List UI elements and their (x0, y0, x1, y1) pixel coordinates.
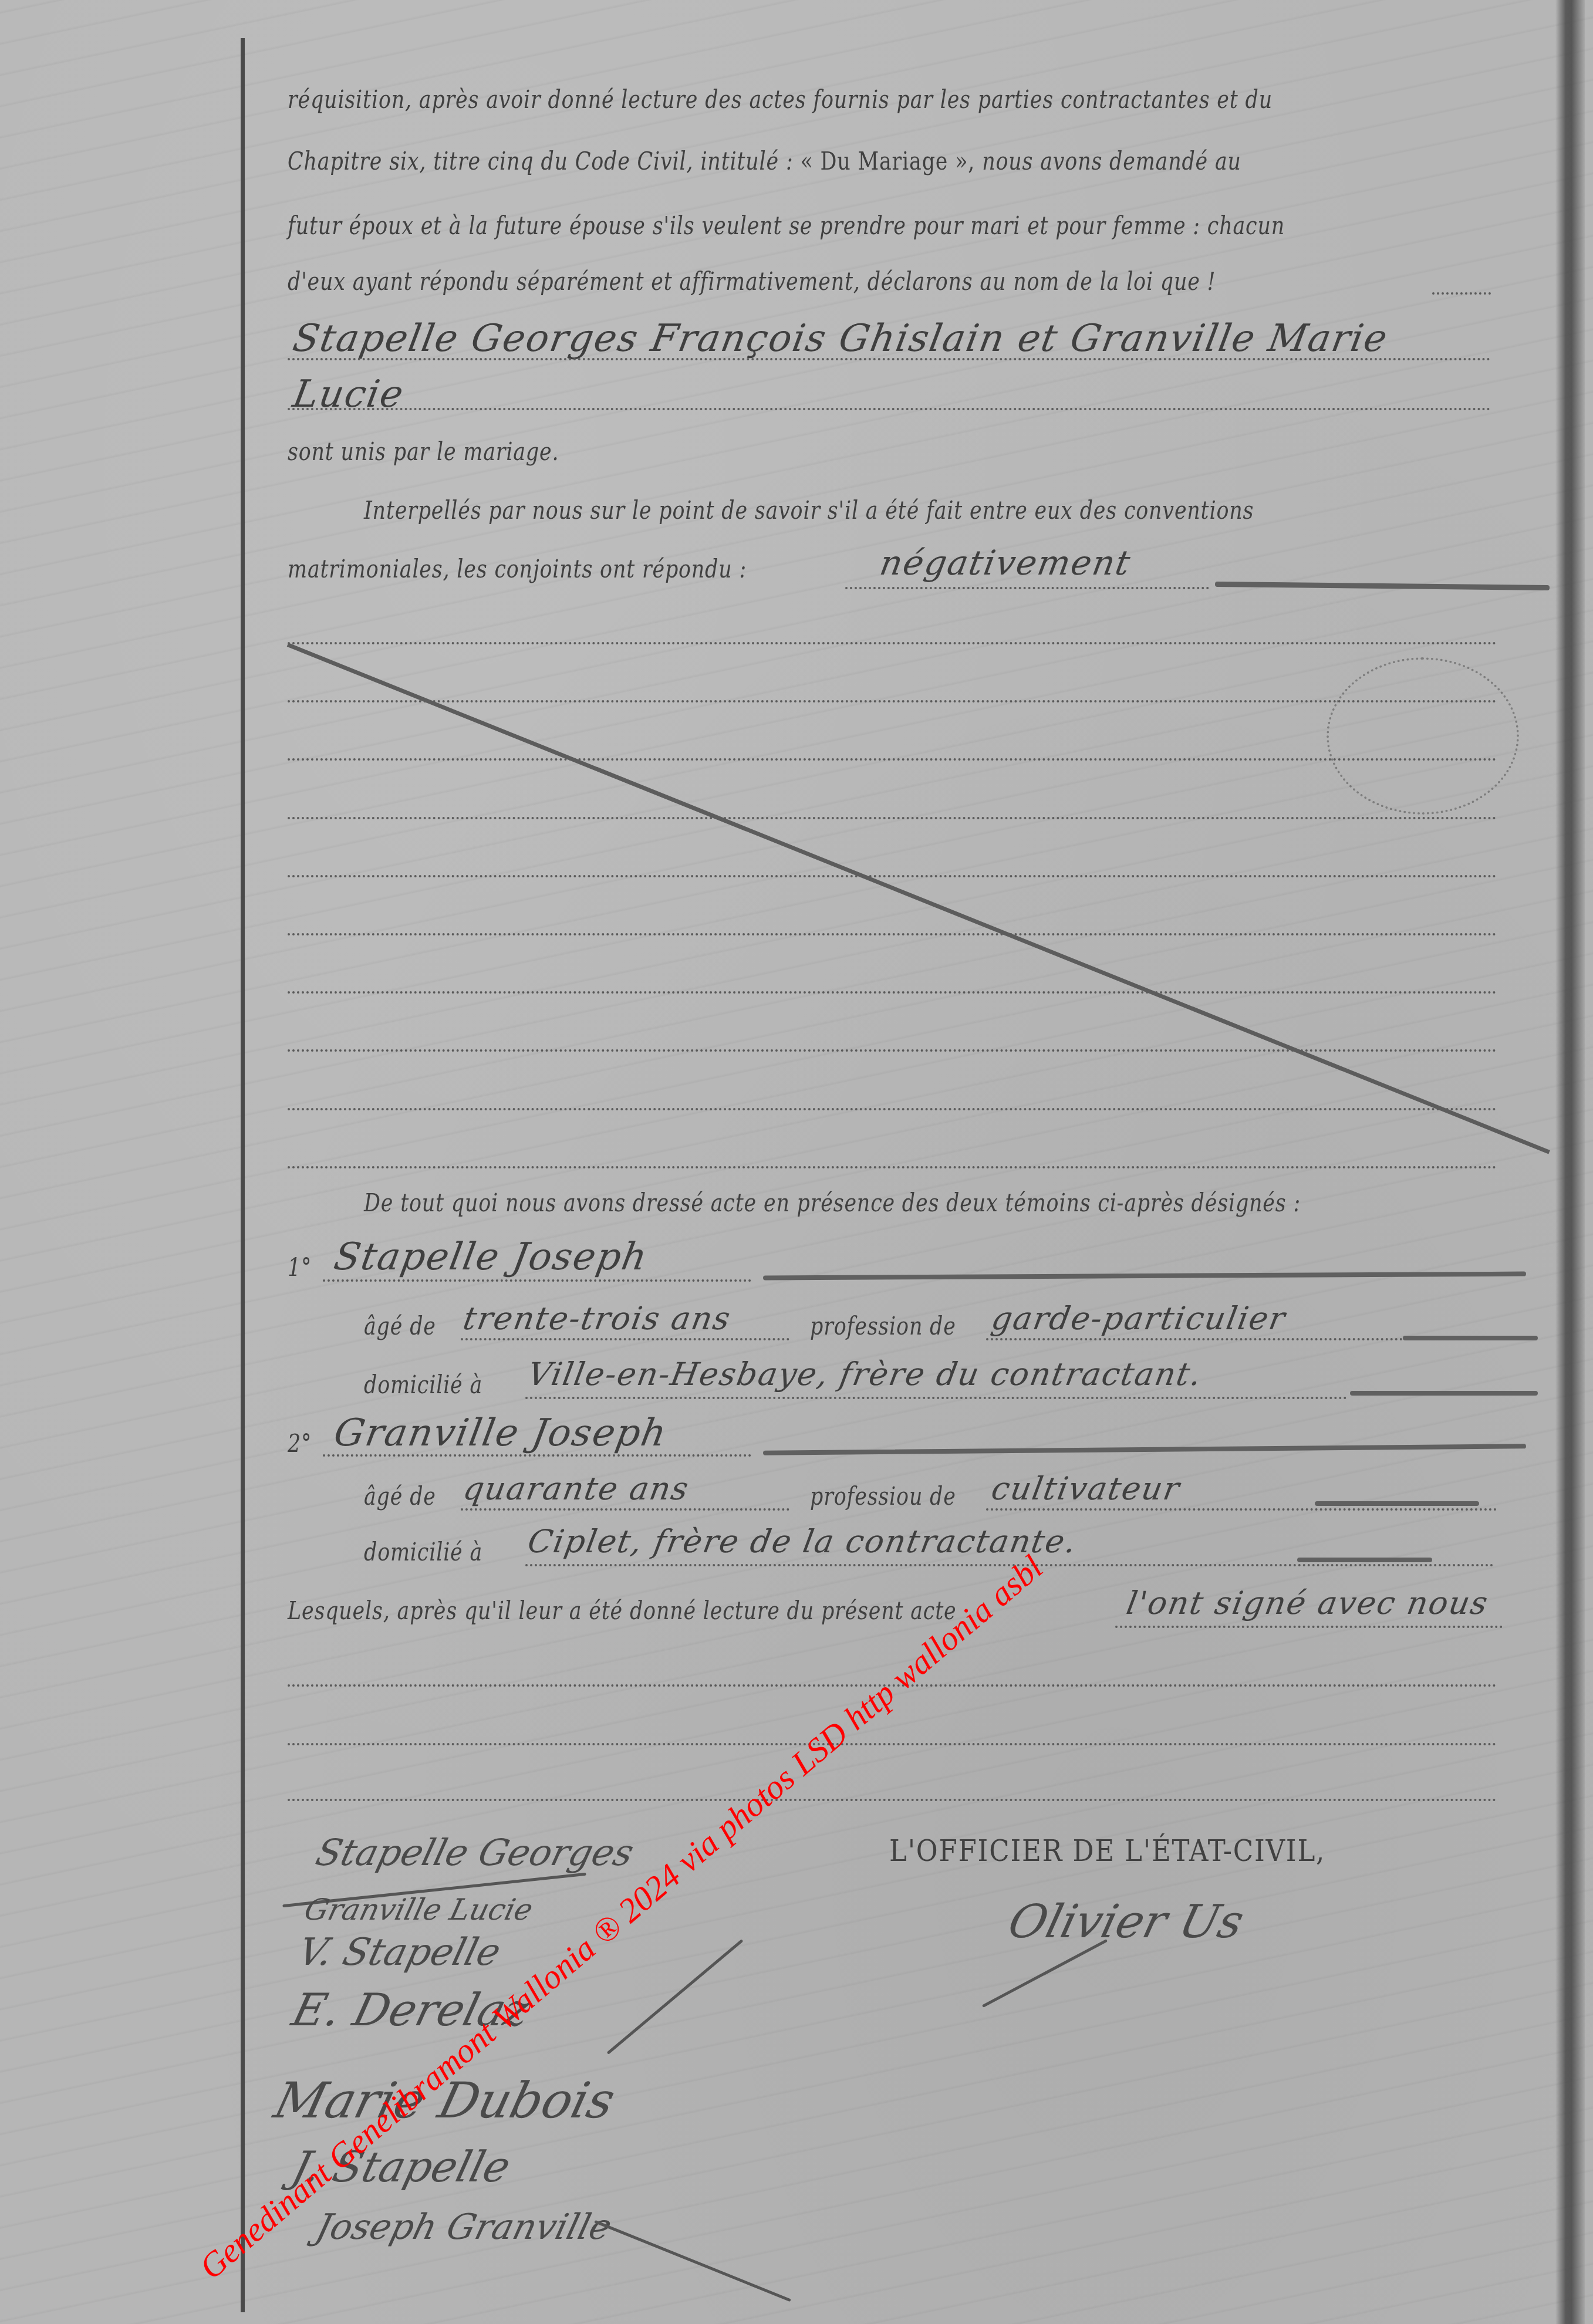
dotted-line (845, 587, 1209, 589)
witness1-profession-label: profession de (810, 1312, 956, 1340)
dotted-line (525, 1397, 1347, 1399)
paragraph1-line3: futur époux et à la future épouse s'ils … (288, 211, 1285, 240)
conventions-answer: négativement (877, 543, 1134, 583)
closing-label: Lesquels, après qu'il leur a été donné l… (288, 1596, 957, 1625)
witness2-number: 2° (288, 1429, 312, 1458)
witnesses-intro: De tout quoi nous avons dressé acte en p… (364, 1188, 1301, 1217)
witness1-domicile-label: domicilié à (364, 1370, 482, 1399)
dotted-line (288, 1166, 1497, 1168)
closing-handwritten: l'ont signé avec nous (1123, 1585, 1491, 1622)
margin-rule (241, 38, 245, 2312)
binding-gutter-shadow (1555, 0, 1585, 2324)
witness2-domicile: Ciplet, frère de la contractante. (525, 1523, 1080, 1560)
dotted-line (1115, 1626, 1503, 1628)
dotted-line (288, 408, 1491, 410)
witness1-profession: garde-particulier (988, 1300, 1288, 1337)
filler-stroke (1350, 1391, 1538, 1396)
dotted-line (288, 817, 1497, 819)
dotted-line (461, 1338, 789, 1340)
witness2-domicile-label: domicilié à (364, 1538, 482, 1566)
witness1-age: trente-trois ans (460, 1300, 734, 1337)
witness2-age-label: âgé de (364, 1482, 436, 1511)
dotted-line (288, 758, 1497, 761)
dotted-line (288, 642, 1497, 644)
witness1-name: Stapelle Joseph (330, 1235, 651, 1279)
filler-stroke (1315, 1501, 1479, 1506)
officer-signature: Olivier Us (1003, 1896, 1249, 1948)
witness1-domicile: Ville-en-Hesbaye, frère du contractant. (525, 1356, 1205, 1393)
conventions-line2-label: matrimoniales, les conjoints ont répondu… (288, 555, 747, 583)
witness2-profession-label: professiou de (810, 1482, 956, 1511)
dotted-line (288, 933, 1497, 935)
signature-3: V. Stapelle (294, 1931, 505, 1974)
dotted-line (288, 1108, 1497, 1110)
dotted-line (288, 1799, 1497, 1801)
paragraph1-line2-pre: Chapitre six, titre cinq du Code Civil, … (288, 147, 794, 175)
spouses-names-line1: Stapelle Georges François Ghislain et Gr… (289, 317, 1391, 360)
signature-7: Joseph Granville (312, 2207, 616, 2248)
dotted-line (288, 700, 1497, 702)
dotted-line (288, 991, 1497, 994)
officer-title: L'OFFICIER DE L'ÉTAT-CIVIL, (889, 1834, 1325, 1868)
dotted-line (461, 1508, 789, 1511)
paragraph1-line1: réquisition, après avoir donné lecture d… (288, 85, 1273, 114)
filler-stroke (1403, 1336, 1538, 1340)
dotted-line (288, 1049, 1497, 1052)
dotted-line (323, 1454, 751, 1457)
witness1-age-label: âgé de (364, 1312, 436, 1340)
signature-bride: Granville Lucie (301, 1893, 536, 1927)
paragraph1-line4: d'eux ayant répondu séparément et affirm… (288, 267, 1216, 296)
paragraph1-line2: Chapitre six, titre cinq du Code Civil, … (288, 147, 1241, 175)
dotted-line (323, 1279, 751, 1282)
signature-groom: Stapelle Georges (312, 1831, 638, 1874)
dotted-line (288, 875, 1497, 877)
chapter-title: « Du Mariage », (800, 147, 975, 175)
paragraph1-line2-post: nous avons demandé au (982, 147, 1241, 175)
witness1-number: 1° (288, 1253, 312, 1282)
filler-stroke (1297, 1558, 1432, 1562)
witness2-age: quarante ans (460, 1470, 692, 1507)
faded-stamp (1327, 657, 1519, 815)
witness2-profession: cultivateur (988, 1470, 1183, 1507)
dotted-line (1432, 292, 1491, 295)
dotted-line (986, 1508, 1497, 1511)
dotted-line (288, 358, 1491, 360)
witness2-name: Granville Joseph (330, 1411, 670, 1455)
united-statement: sont unis par le mariage. (288, 437, 559, 466)
conventions-line1: Interpellés par nous sur le point de sav… (364, 496, 1254, 525)
dotted-line (288, 1743, 1497, 1745)
